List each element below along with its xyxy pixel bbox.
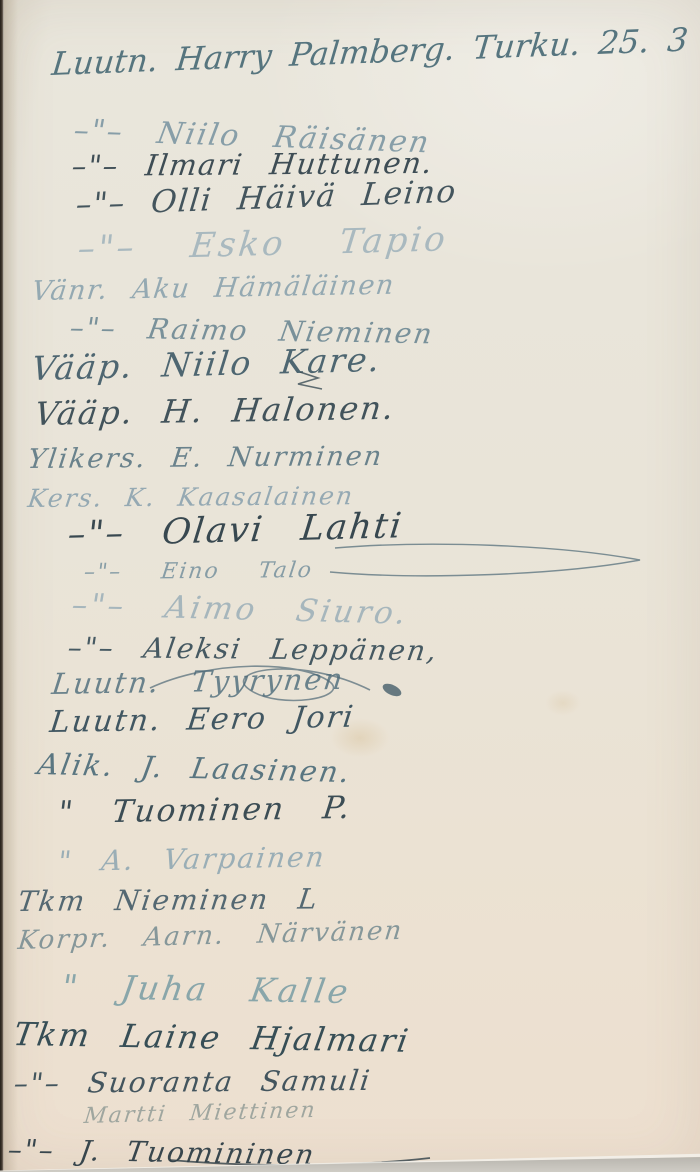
signature-line: Vänr. Aku Hämäläinen: [30, 272, 396, 305]
signature-line: Luutn. Harry Palmberg. Turku. 25. 3 - 42…: [50, 20, 700, 80]
signature-line: Alik. J. Laasinen.: [36, 750, 354, 787]
signature-line: –"– Olli Häivä Leino: [74, 177, 458, 221]
signature-line: –"– Aimo Siuro.: [69, 590, 410, 630]
signature-lines: Luutn. Harry Palmberg. Turku. 25. 3 - 42…: [0, 0, 700, 1172]
signature-line: " A. Varpainen: [56, 843, 327, 876]
signature-line: –"– Suoranta Samuli: [12, 1067, 373, 1098]
signature-line: Tkm Nieminen L: [16, 885, 320, 916]
signature-line: Martti Miettinen: [83, 1100, 318, 1128]
signature-line: Kers. K. Kaasalainen: [26, 483, 355, 511]
signature-line: " Juha Kalle: [59, 970, 353, 1008]
signature-line: Ylikers. E. Nurminen: [26, 443, 385, 473]
scanned-signature-page-photo: Luutn. Harry Palmberg. Turku. 25. 3 - 42…: [0, 0, 700, 1172]
signature-line: Luutn. Eero Jori: [48, 703, 356, 738]
signature-line: –"– Eino Talo: [83, 560, 315, 584]
signature-line: Vääp. H. Halonen.: [33, 392, 397, 430]
signature-line: Vääp. Niilo Kare.: [30, 343, 383, 385]
signature-line: Luutn. Tyyrynen: [50, 665, 346, 699]
signature-line: " Tuominen P.: [56, 793, 353, 829]
signature-line: Tkm Laine Hjalmari: [11, 1018, 412, 1057]
signature-line: –"– Olavi Lahti: [66, 509, 405, 553]
signature-line: –"– Esko Tapio: [76, 222, 450, 266]
signature-line: –"– Aleksi Leppänen,: [66, 634, 440, 665]
signature-line: Korpr. Aarn. Närvänen: [17, 918, 405, 954]
